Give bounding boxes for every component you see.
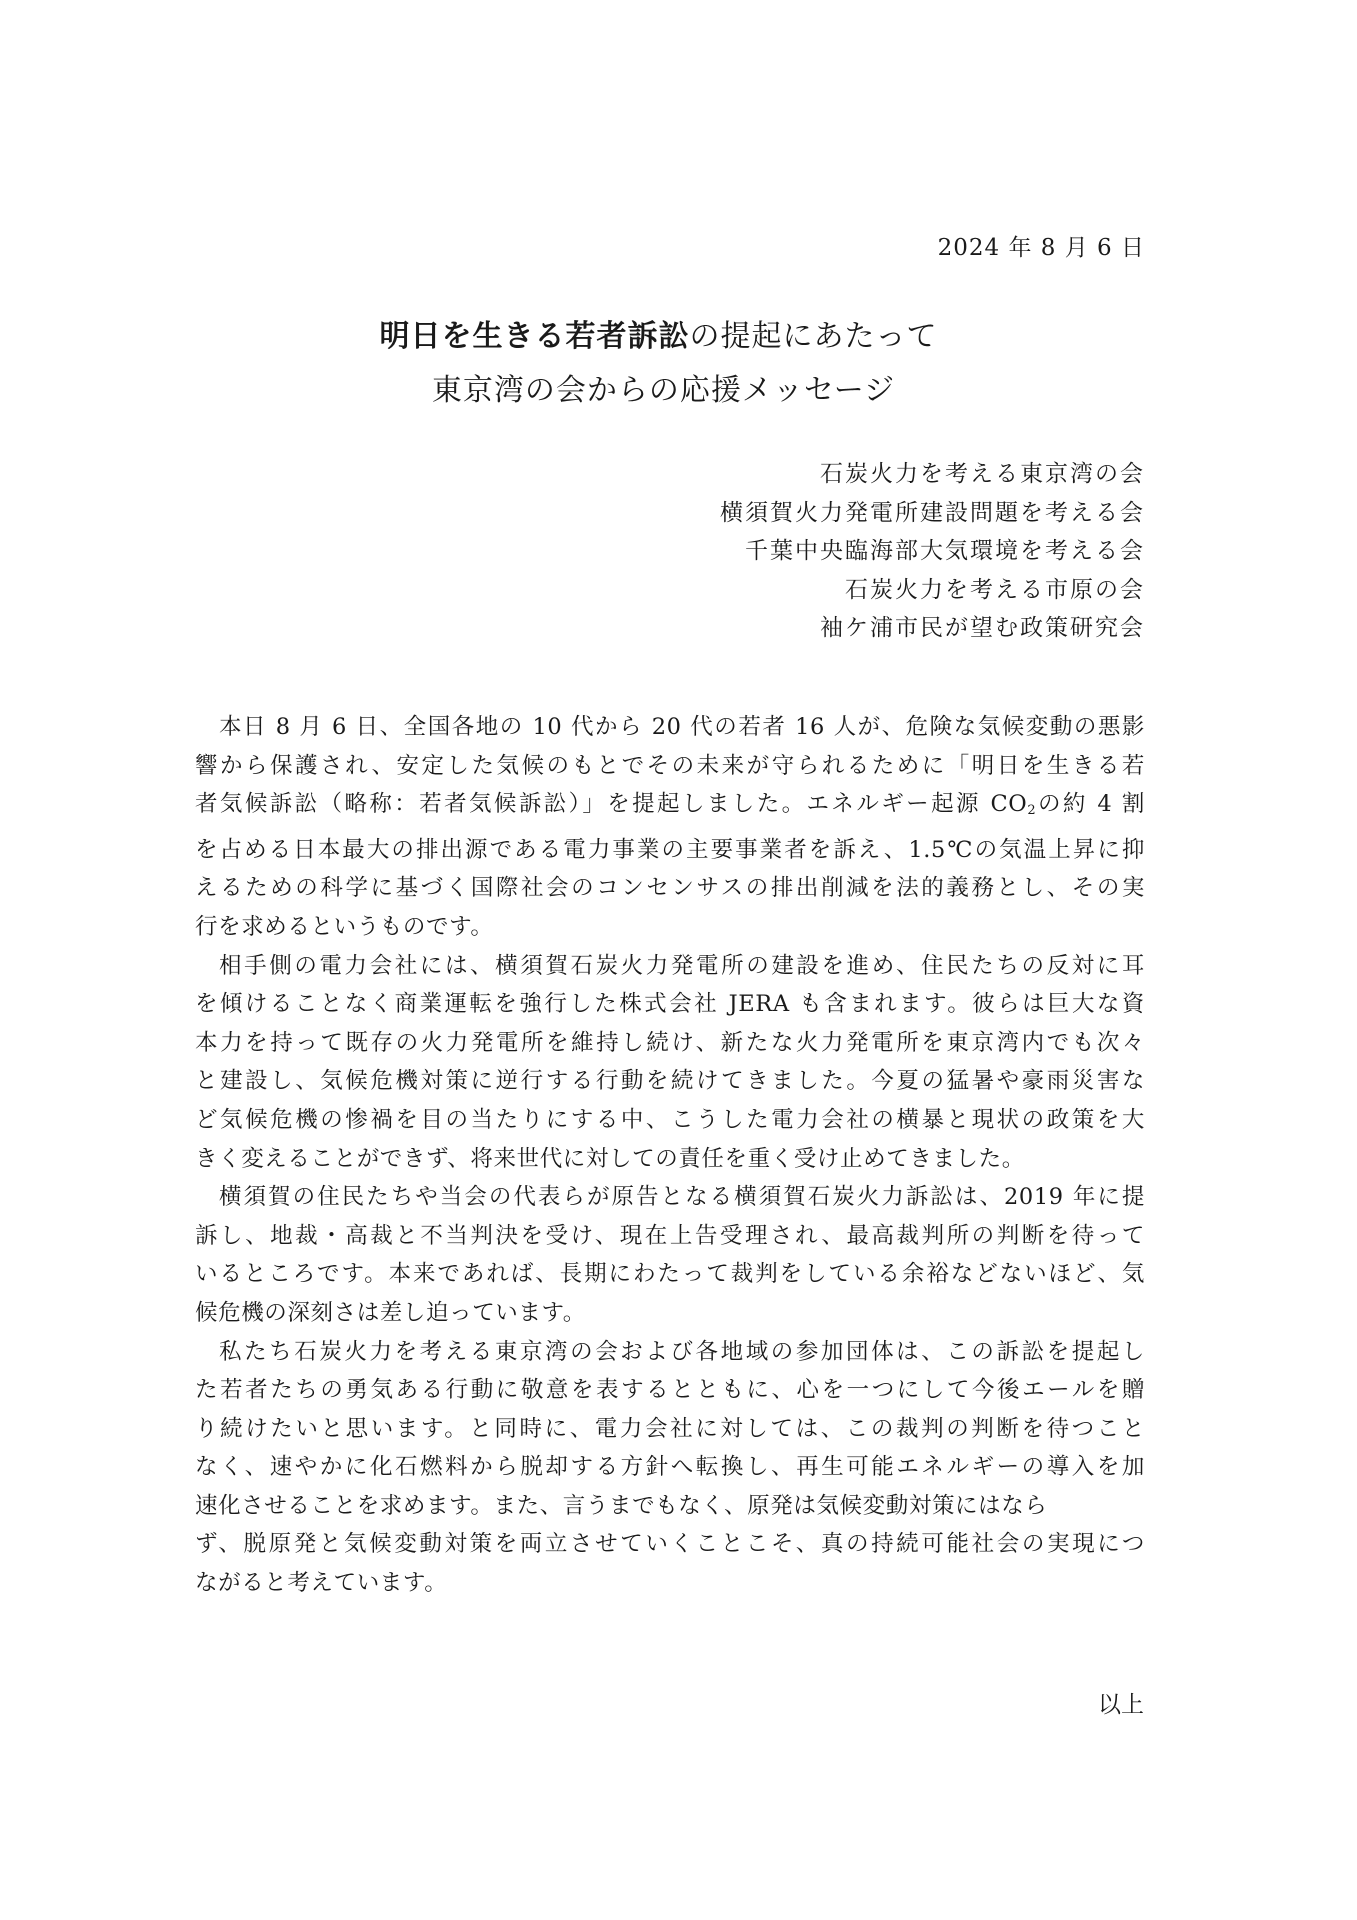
organization-name: 横須賀火力発電所建設問題を考える会 (720, 494, 1145, 533)
text-line: 訴し、地裁・高裁と不当判決を受け、現在上告受理され、最高裁判所の判断を待って (195, 1217, 1145, 1256)
title-line-1: 明日を生きる若者訴訟の提起にあたって (0, 310, 1357, 364)
organization-name: 石炭火力を考える市原の会 (720, 571, 1145, 610)
message-body: 本日 8 月 6 日、全国各地の 10 代から 20 代の若者 16 人が、危険… (195, 708, 1145, 1603)
text-line: 響から保護され、安定した気候のもとでその未来が守られるために「明日を生きる若 (195, 747, 1145, 786)
text-line: た若者たちの勇気ある行動に敬意を表するとともに、心を一つにして今後エールを贈 (195, 1371, 1145, 1410)
document-date: 2024 年 8 月 6 日 (938, 229, 1145, 262)
paragraph-2: 相手側の電力会社には、横須賀石炭火力発電所の建設を進め、住民たちの反対に耳 を傾… (195, 947, 1145, 1179)
text-line: 者気候訴訟（略称：若者気候訴訟）」を提起しました。エネルギー起源 CO2の約 4… (195, 785, 1145, 831)
text-line: と建設し、気候危機対策に逆行する行動を続けてきました。今夏の猛暑や豪雨災害な (195, 1062, 1145, 1101)
text-line: ど気候危機の惨禍を目の当たりにする中、こうした電力会社の横暴と現状の政策を大 (195, 1101, 1145, 1140)
text-line: 私たち石炭火力を考える東京湾の会および各地域の参加団体は、この訴訟を提起し (195, 1333, 1145, 1372)
organization-name: 袖ケ浦市民が望む政策研究会 (720, 609, 1145, 648)
title-line-2: 東京湾の会からの応援メッセージ (0, 364, 1357, 418)
paragraph-4: 私たち石炭火力を考える東京湾の会および各地域の参加団体は、この訴訟を提起し た若… (195, 1333, 1145, 1603)
text-line: いるところです。本来であれば、長期にわたって裁判をしている余裕などないほど、気 (195, 1255, 1145, 1294)
text-fragment: の約 4 割 (1036, 791, 1145, 817)
text-line: 本力を持って既存の火力発電所を維持し続け、新たな火力発電所を東京湾内でも次々 (195, 1024, 1145, 1063)
text-line: を占める日本最大の排出源である電力事業の主要事業者を訴え、1.5℃の気温上昇に抑 (195, 831, 1145, 870)
closing-mark: 以上 (1098, 1686, 1144, 1719)
text-fragment: 者気候訴訟（略称：若者気候訴訟）」を提起しました。エネルギー起源 CO (195, 791, 1027, 817)
text-line: 相手側の電力会社には、横須賀石炭火力発電所の建設を進め、住民たちの反対に耳 (195, 947, 1145, 986)
text-line: を傾けることなく商業運転を強行した株式会社 JERA も含まれます。彼らは巨大な… (195, 985, 1145, 1024)
title-lawsuit-name: 明日を生きる若者訴訟 (380, 319, 690, 354)
paragraph-1: 本日 8 月 6 日、全国各地の 10 代から 20 代の若者 16 人が、危険… (195, 708, 1145, 947)
text-line: 横須賀の住民たちや当会の代表らが原告となる横須賀石炭火力訴訟は、2019 年に提 (195, 1178, 1145, 1217)
organization-name: 石炭火力を考える東京湾の会 (720, 455, 1145, 494)
text-line: 速化させることを求めます。また、言うまでもなく、原発は気候変動対策にはなら (195, 1487, 1145, 1526)
document-title: 明日を生きる若者訴訟の提起にあたって 東京湾の会からの応援メッセージ (0, 310, 1357, 418)
text-line: 候危機の深刻さは差し迫っています。 (195, 1294, 1145, 1333)
text-line: ず、脱原発と気候変動対策を両立させていくことこそ、真の持続可能社会の実現につ (195, 1525, 1145, 1564)
text-line: 行を求めるというものです。 (195, 908, 1145, 947)
text-line: きく変えることができず、将来世代に対しての責任を重く受け止めてきました。 (195, 1140, 1145, 1179)
text-line: 本日 8 月 6 日、全国各地の 10 代から 20 代の若者 16 人が、危険… (195, 708, 1145, 747)
text-line: なく、速やかに化石燃料から脱却する方針へ転換し、再生可能エネルギーの導入を加 (195, 1448, 1145, 1487)
text-line: り続けたいと思います。と同時に、電力会社に対しては、この裁判の判断を待つこと (195, 1410, 1145, 1449)
title-line-1-rest: の提起にあたって (690, 319, 938, 354)
text-line: ながると考えています。 (195, 1564, 1145, 1603)
text-line: えるための科学に基づく国際社会のコンセンサスの排出削減を法的義務とし、その実 (195, 869, 1145, 908)
paragraph-3: 横須賀の住民たちや当会の代表らが原告となる横須賀石炭火力訴訟は、2019 年に提… (195, 1178, 1145, 1332)
organization-name: 千葉中央臨海部大気環境を考える会 (720, 532, 1145, 571)
organization-list: 石炭火力を考える東京湾の会 横須賀火力発電所建設問題を考える会 千葉中央臨海部大… (720, 455, 1145, 648)
subscript-2: 2 (1027, 803, 1036, 818)
